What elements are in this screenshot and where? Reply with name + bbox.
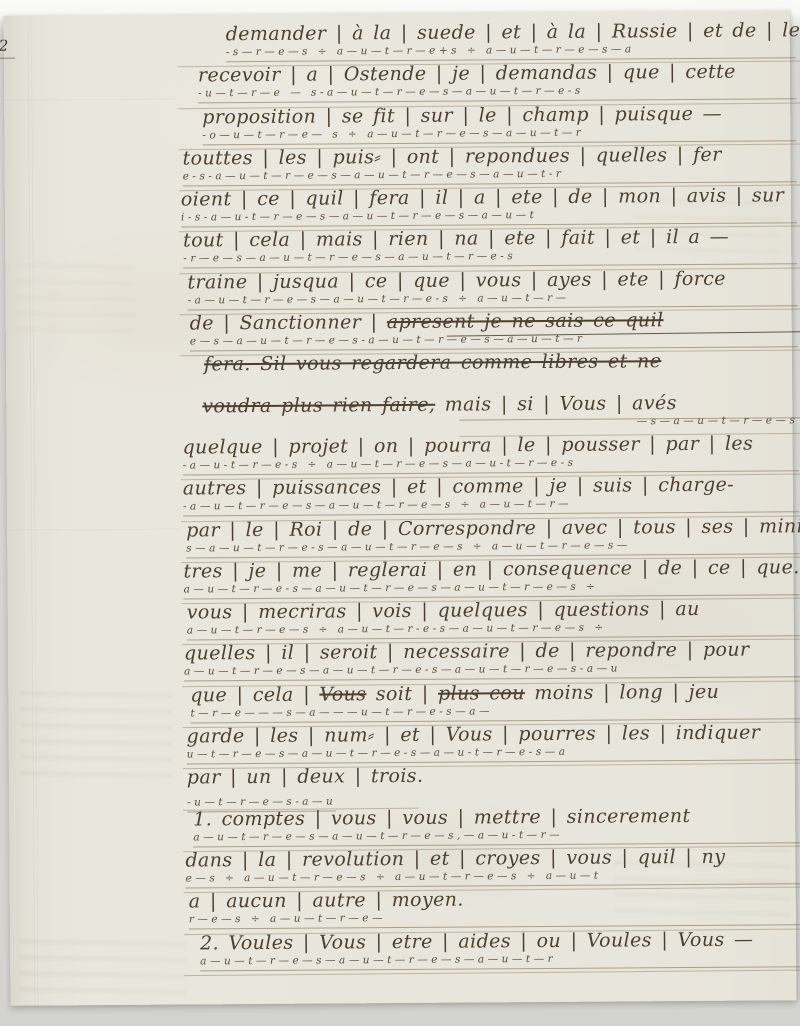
- line-text: demander | à la | suede | et | à la | Ru…: [226, 19, 800, 45]
- manuscript-line: tres | je | me | reglerai | en | consequ…: [183, 555, 799, 601]
- manuscript-line: fera. Sil vous regardera comme libres et…: [182, 349, 798, 395]
- line-text: touttes | les | puis⸗ | ont | repondues …: [182, 144, 721, 170]
- manuscript-page: 2 demander | à la | suede | et | à la | …: [4, 10, 797, 1005]
- handwritten-text-row: proposition | se fit | sur | le | champ …: [202, 101, 796, 130]
- line-text: vous | mecriras | vois | quelques | ques…: [187, 598, 700, 624]
- line-text: par | un | deux | trois.: [187, 765, 424, 789]
- line-text: de | Sanctionner |: [190, 311, 387, 334]
- struck-text: apresent je ne sais ce quil: [387, 309, 664, 333]
- struck-text: Vous: [319, 683, 366, 705]
- manuscript-line: oient | ce | quil | fera | il | a | ete …: [181, 183, 797, 229]
- manuscript-line: 1. comptes | vous | vous | mettre | sinc…: [185, 803, 800, 849]
- handwritten-text-row: par | le | Roi | de | Correspondre | ave…: [186, 514, 799, 543]
- manuscript-text-block: demander | à la | suede | et | à la | Ru…: [180, 18, 800, 972]
- manuscript-line: quelque | projet | on | pourra | le | po…: [182, 431, 798, 477]
- struck-text: fera. Sil vous regardera comme libres et…: [204, 351, 662, 376]
- line-text: moins | long | jeu: [525, 681, 720, 704]
- manuscript-line: demander | à la | suede | et | à la | Ru…: [180, 18, 796, 64]
- manuscript-line: voudra plus rien faire, mais | si | Vous…: [182, 390, 798, 436]
- line-text: soit |: [366, 682, 438, 704]
- manuscript-line: touttes | les | puis⸗ | ont | repondues …: [180, 142, 796, 188]
- manuscript-line: par | le | Roi | de | Correspondre | ave…: [183, 514, 799, 560]
- handwritten-text-row: tres | je | me | reglerai | en | consequ…: [183, 555, 799, 584]
- handwritten-text-row: traine | jusqua | ce | que | vous | ayes…: [187, 266, 797, 295]
- manuscript-line: que | cela | Vous soit | plus cou moins …: [184, 679, 800, 725]
- line-text: dans | la | revolution | et | croyes | v…: [185, 846, 725, 872]
- horizontal-crease: [4, 99, 176, 102]
- handwritten-text-row: touttes | les | puis⸗ | ont | repondues …: [182, 142, 796, 171]
- handwritten-text-row: garde | les | num⸗ | et | Vous | pourres…: [187, 720, 800, 749]
- manuscript-line: 2. Voules | Vous | etre | aides | ou | V…: [186, 927, 800, 973]
- line-text: traine | jusqua | ce | que | vous | ayes…: [187, 268, 726, 294]
- handwritten-text-row: quelque | projet | on | pourra | le | po…: [182, 431, 798, 460]
- handwritten-text-row: oient | ce | quil | fera | il | a | ete …: [181, 183, 797, 212]
- line-text: quelles | il | seroit | necessaire | de …: [184, 639, 750, 665]
- handwritten-text-row: 2. Voules | Vous | etre | aides | ou | V…: [200, 927, 800, 956]
- line-text: quelque | projet | on | pourra | le | po…: [182, 433, 753, 459]
- line-text: tres | je | me | reglerai | en | consequ…: [183, 556, 799, 582]
- manuscript-line: recevoir | a | Ostende | je | demandas |…: [180, 60, 796, 106]
- handwritten-text-row: dans | la | revolution | et | croyes | v…: [185, 844, 800, 873]
- manuscript-line: proposition | se fit | sur | le | champ …: [180, 101, 796, 147]
- manuscript-line: traine | jusqua | ce | que | vous | ayes…: [181, 266, 797, 312]
- ink-show-through: [20, 691, 173, 788]
- handwritten-text-row: autres | puissances | et | comme | je | …: [183, 472, 799, 501]
- line-text: par | le | Roi | de | Correspondre | ave…: [186, 515, 800, 541]
- handwritten-text-row: demander | à la | suede | et | à la | Ru…: [226, 18, 796, 47]
- handwritten-text-row: quelles | il | seroit | necessaire | de …: [184, 638, 800, 667]
- line-text: oient | ce | quil | fera | il | a | ete …: [181, 184, 785, 210]
- line-text: proposition | se fit | sur | le | champ …: [202, 102, 722, 128]
- line-text: autres | puissances | et | comme | je | …: [183, 474, 734, 500]
- manuscript-line: par | un | deux | trois.-u—t—r—e—s-a—u: [185, 762, 800, 808]
- line-text: que | cela |: [190, 683, 319, 706]
- horizontal-crease: [7, 529, 179, 532]
- manuscript-line: vous | mecriras | vois | quelques | ques…: [184, 596, 800, 642]
- manuscript-line: tout | cela | mais | rien | na | ete | f…: [181, 225, 797, 271]
- line-text: 1. comptes | vous | vous | mettre | sinc…: [193, 805, 691, 830]
- manuscript-line: de | Sanctionner | apresent je ne sais c…: [182, 307, 798, 353]
- line-text: mais | si | Vous | avés: [435, 392, 677, 416]
- struck-text: plus cou: [438, 682, 525, 705]
- line-text: tout | cela | mais | rien | na | ete | f…: [183, 226, 729, 252]
- handwritten-text-row: par | un | deux | trois.: [187, 762, 800, 791]
- vertical-fold-crease: [28, 16, 39, 1006]
- line-text: a | aucun | autre | moyen.: [189, 889, 464, 913]
- handwritten-text-row: tout | cela | mais | rien | na | ete | f…: [183, 225, 797, 254]
- line-text: 2. Voules | Vous | etre | aides | ou | V…: [200, 928, 754, 954]
- margin-page-mark: 2: [0, 38, 14, 59]
- manuscript-line: garde | les | num⸗ | et | Vous | pourres…: [185, 720, 800, 766]
- manuscript-line: quelles | il | seroit | necessaire | de …: [184, 638, 800, 684]
- struck-text: voudra plus rien faire,: [202, 393, 435, 417]
- cipher-letter-row: a—u—t—r—e—s—a—u—t—r—e—s—a—u—t—r: [200, 952, 800, 971]
- line-text: recevoir | a | Ostende | je | demandas |…: [198, 61, 736, 87]
- manuscript-line: autres | puissances | et | comme | je | …: [183, 472, 799, 518]
- handwritten-text-row: recevoir | a | Ostende | je | demandas |…: [198, 60, 796, 89]
- manuscript-line: dans | la | revolution | et | croyes | v…: [185, 844, 800, 890]
- ink-show-through: [18, 933, 186, 1004]
- line-text: garde | les | num⸗ | et | Vous | pourres…: [187, 722, 761, 748]
- handwritten-text-row: que | cela | Vous soit | plus cou moins …: [190, 679, 800, 708]
- manuscript-line: a | aucun | autre | moyen.r—e—s ÷ a—u—t—…: [186, 885, 800, 931]
